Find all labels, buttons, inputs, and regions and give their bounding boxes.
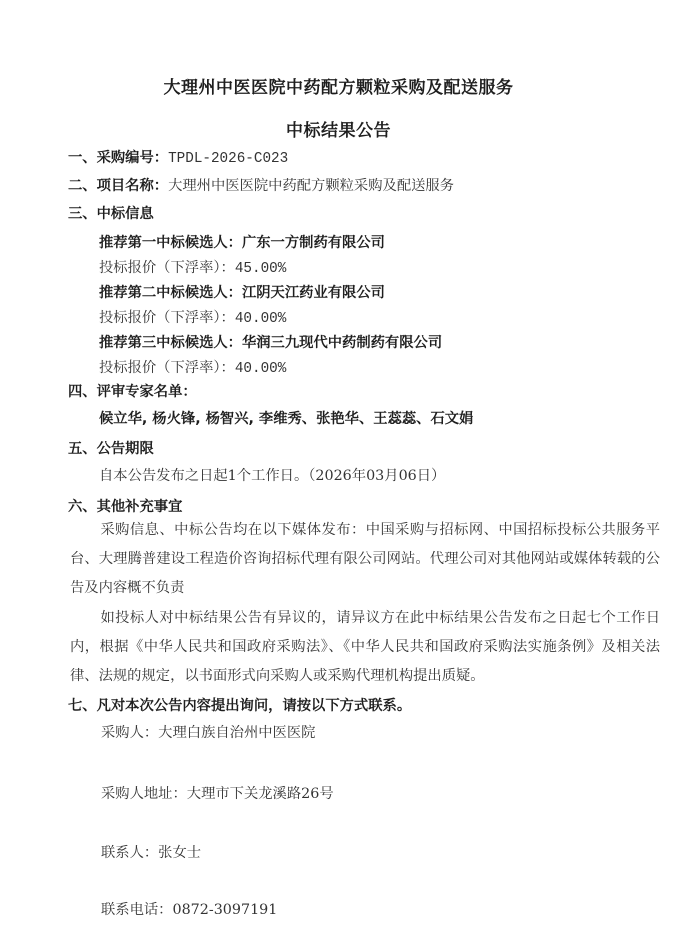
candidate-1: 推荐第一中标候选人：广东一方制药有限公司 bbox=[99, 234, 385, 252]
candidate-1-price: 投标报价（下浮率）：45.00% bbox=[99, 259, 286, 278]
candidate-2-name: 江阴天江药业有限公司 bbox=[242, 285, 385, 301]
procurement-number-label: 一、采购编号： bbox=[68, 150, 168, 166]
candidate-2-price-value: 40.00% bbox=[235, 311, 286, 327]
candidate-2-label: 推荐第二中标候选人： bbox=[99, 285, 242, 301]
project-name-label: 二、项目名称： bbox=[68, 178, 168, 194]
candidate-3-price-value: 40.00% bbox=[235, 361, 286, 377]
supplementary-paragraph-1-text: 采购信息、中标公告均在以下媒体发布：中国采购与招标网、中国招标投标公共服务平台、… bbox=[70, 522, 660, 596]
section-period-heading: 五、公告期限 bbox=[68, 440, 154, 458]
announcement-page: 大理州中医医院中药配方颗粒采购及配送服务 中标结果公告 一、采购编号：TPDL-… bbox=[0, 0, 677, 936]
supplementary-paragraph-2-text: 如投标人对中标结果公告有异议的，请异议方在此中标结果公告发布之日起七个工作日内，… bbox=[70, 610, 660, 684]
contact-person: 联系人：张女士 bbox=[101, 844, 201, 862]
candidate-1-label: 推荐第一中标候选人： bbox=[99, 235, 242, 251]
section-procurement-number: 一、采购编号：TPDL-2026-C023 bbox=[68, 149, 288, 168]
supplementary-paragraph-1: 采购信息、中标公告均在以下媒体发布：中国采购与招标网、中国招标投标公共服务平台、… bbox=[70, 516, 660, 603]
document-subtitle: 中标结果公告 bbox=[0, 116, 677, 141]
supplementary-paragraph-2: 如投标人对中标结果公告有异议的，请异议方在此中标结果公告发布之日起七个工作日内，… bbox=[70, 604, 660, 691]
candidate-1-price-value: 45.00% bbox=[235, 261, 286, 277]
candidate-2-price: 投标报价（下浮率）：40.00% bbox=[99, 309, 286, 328]
section-experts-heading: 四、评审专家名单： bbox=[68, 383, 197, 401]
contact-phone: 联系电话：0872-3097191 bbox=[101, 901, 277, 919]
project-name-value: 大理州中医医院中药配方颗粒采购及配送服务 bbox=[168, 178, 454, 194]
document-title: 大理州中医医院中药配方颗粒采购及配送服务 bbox=[0, 73, 677, 98]
candidate-3-price: 投标报价（下浮率）：40.00% bbox=[99, 359, 286, 378]
candidate-2-price-label: 投标报价（下浮率）： bbox=[99, 310, 235, 326]
purchaser: 采购人：大理白族自治州中医医院 bbox=[101, 724, 315, 742]
section-supplementary-heading: 六、其他补充事宜 bbox=[68, 498, 182, 516]
candidate-3-label: 推荐第三中标候选人： bbox=[99, 335, 242, 351]
section-contact-heading: 七、凡对本次公告内容提出询问，请按以下方式联系。 bbox=[68, 697, 411, 715]
candidate-3-price-label: 投标报价（下浮率）： bbox=[99, 360, 235, 376]
candidate-2: 推荐第二中标候选人：江阴天江药业有限公司 bbox=[99, 284, 385, 302]
candidate-3: 推荐第三中标候选人：华润三九现代中药制药有限公司 bbox=[99, 334, 442, 352]
section-project-name: 二、项目名称：大理州中医医院中药配方颗粒采购及配送服务 bbox=[68, 177, 454, 195]
experts-list: 候立华, 杨火锋, 杨智兴, 李维秀、张艳华、王蕊蕊、石文娟 bbox=[99, 410, 473, 428]
procurement-number-value: TPDL-2026-C023 bbox=[168, 151, 288, 167]
purchaser-address: 采购人地址：大理市下关龙溪路26号 bbox=[101, 785, 334, 803]
candidate-3-name: 华润三九现代中药制药有限公司 bbox=[242, 335, 442, 351]
section-award-info-heading: 三、中标信息 bbox=[68, 205, 154, 223]
period-text: 自本公告发布之日起1个工作日。（2026年03月06日） bbox=[99, 467, 445, 485]
candidate-1-price-label: 投标报价（下浮率）： bbox=[99, 260, 235, 276]
candidate-1-name: 广东一方制药有限公司 bbox=[242, 235, 385, 251]
